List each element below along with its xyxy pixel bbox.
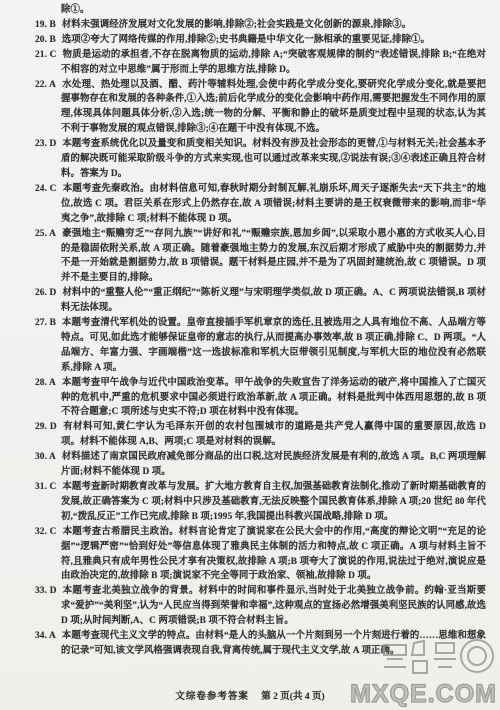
- answer-number: 32. C: [35, 527, 57, 537]
- answer-item: 34. A本题考查现代主义文学的特点。由材料“是人的头脑从一个片刻到另一个片刻进…: [35, 629, 486, 659]
- answer-item: 22. A水处理、热处理以及酒、醋、药汁等辅料处理,会使中药化学成分变化,要研究…: [35, 78, 486, 138]
- answer-text: 本题考查先秦政治。由材料信息可知,春秋时期分封制瓦解,礼崩乐坏,周天子逐渐失去“…: [61, 184, 486, 224]
- answer-number: 26. D: [35, 288, 56, 298]
- answer-text: 本题考查北美独立战争的背景。材料中的时间和事件显示,当时处于北美独立战争前。约翰…: [61, 586, 486, 626]
- answer-text: 本题考查现代主义文学的特点。由材料“是人的头脑从一个片刻到另一个片刻进行着的………: [61, 631, 486, 656]
- answer-number: 25. A: [35, 229, 56, 239]
- answer-text: 水处理、热处理以及酒、醋、药汁等辅料处理,会使中药化学成分变化,要研究化学成分变…: [61, 80, 486, 135]
- answer-item: 21. C物质是运动的承担者,不存在脱离物质的运动,排除 A;“突破客观规律的制…: [35, 48, 486, 78]
- answer-item: 33. D本题考查北美独立战争的背景。材料中的时间和事件显示,当时处于北美独立战…: [35, 584, 486, 629]
- answer-item: 27. B本题考查清代军机处的设置。皇帝直接插手军机章京的选任,且被选用之人具有…: [35, 316, 486, 376]
- footer-title: 文综卷参考答案: [175, 692, 249, 702]
- answer-number: 20. B: [35, 35, 56, 45]
- answer-number: 33. D: [35, 586, 57, 596]
- answer-list: 19. B材料未强调经济发展对文化发展的影响,排除②;社会实践是文化创新的源泉,…: [35, 18, 486, 659]
- answer-item: 25. A豪强地主“赈赡穷乏”“存问九族”“讲好和礼”“赈赡宗族,恩加乡闾”,以…: [35, 227, 486, 287]
- answer-item: 24. C本题考查先秦政治。由材料信息可知,春秋时期分封制瓦解,礼崩乐坏,周天子…: [35, 182, 486, 227]
- answer-number: 30. A: [35, 452, 56, 462]
- page-footer: 文综卷参考答案 第 2 页(共 4 页): [0, 688, 500, 702]
- answer-text: 本题考查新时期教育改革与发展。扩大地方教育自主权,加强基础教育法制化,推动了新时…: [61, 482, 486, 522]
- answer-text: 本题考查古希腊民主政治。材料言论肯定了演说家在公民大会中的作用,“高度的辩论文明…: [61, 527, 486, 582]
- answer-item: 28. A本题考查甲午战争与近代中国政治变革。甲午战争的失败宣告了洋务运动的破产…: [35, 376, 486, 421]
- answer-number: 28. A: [35, 378, 56, 388]
- answer-number: 31. C: [35, 482, 56, 492]
- answer-item: 26. D材料中的“重整人伦”“重正纲纪”“陈析义理”与宋明理学类似,故 D 项…: [35, 286, 486, 316]
- answer-sheet-page: 除①。 19. B材料未强调经济发展对文化发展的影响,排除②;社会实践是文化创新…: [0, 0, 500, 710]
- answer-text: 本题考查系统优化以及量变和质变相关知识。材料没有涉及社会形态的更替,①与材料无关…: [61, 139, 486, 179]
- answer-number: 19. B: [35, 20, 56, 30]
- answer-number: 23. D: [35, 139, 56, 149]
- answer-item: 32. C本题考查古希腊民主政治。材料言论肯定了演说家在公民大会中的作用,“高度…: [35, 525, 486, 585]
- answer-number: 21. C: [35, 50, 57, 60]
- answer-text: 材料未强调经济发展对文化发展的影响,排除②;社会实践是文化创新的源泉,排除③。: [62, 20, 411, 30]
- continuation-line: 除①。: [35, 3, 486, 18]
- answer-text: 有材料可知,黄仁宇认为毛泽东开创的农村包围城市的道路是共产党人赢得中国的重要原因…: [61, 422, 486, 447]
- answer-item: 29. D有材料可知,黄仁宇认为毛泽东开创的农村包围城市的道路是共产党人赢得中国…: [35, 420, 486, 450]
- answer-item: 20. B选项②夸大了网络传媒的作用,排除②;史书典籍是中华文化一脉相承的重要见…: [35, 33, 486, 48]
- answer-item: 23. D本题考查系统优化以及量变和质变相关知识。材料没有涉及社会形态的更替,①…: [35, 137, 486, 182]
- answer-text: 材料中的“重整人伦”“重正纲纪”“陈析义理”与宋明理学类似,故 D 项正确。A、…: [61, 288, 486, 313]
- footer-page-number: 第 2 页(共 4 页): [261, 692, 324, 702]
- answer-number: 34. A: [35, 631, 56, 641]
- answer-text: 材料描述了南京国民政府减免部分商品的出口税,这对民族经济发展是有利的,故选 A …: [61, 452, 486, 477]
- answer-number: 29. D: [35, 422, 57, 432]
- answer-text: 本题考查甲午战争与近代中国政治变革。甲午战争的失败宣告了洋务运动的破产,将中国推…: [61, 378, 486, 418]
- answer-number: 27. B: [35, 318, 56, 328]
- answer-text: 物质是运动的承担者,不存在脱离物质的运动,排除 A;“突破客观规律的制约”表述错…: [61, 50, 486, 75]
- answer-text: 豪强地主“赈赡穷乏”“存问九族”“讲好和礼”“赈赡宗族,恩加乡闾”,以采取小恩小…: [61, 229, 486, 284]
- answer-text: 选项②夸大了网络传媒的作用,排除②;史书典籍是中华文化一脉相承的重要见证,排除①…: [62, 35, 430, 45]
- answer-number: 24. C: [35, 184, 57, 194]
- answer-item: 31. C本题考查新时期教育改革与发展。扩大地方教育自主权,加强基础教育法制化,…: [35, 480, 486, 525]
- answer-content: 除①。 19. B材料未强调经济发展对文化发展的影响,排除②;社会实践是文化创新…: [35, 3, 486, 659]
- answer-item: 30. A材料描述了南京国民政府减免部分商品的出口税,这对民族经济发展是有利的,…: [35, 450, 486, 480]
- answer-text: 本题考查清代军机处的设置。皇帝直接插手军机章京的选任,且被选用之人具有地位不高、…: [61, 318, 486, 373]
- answer-number: 22. A: [35, 80, 56, 90]
- answer-item: 19. B材料未强调经济发展对文化发展的影响,排除②;社会实践是文化创新的源泉,…: [35, 18, 486, 33]
